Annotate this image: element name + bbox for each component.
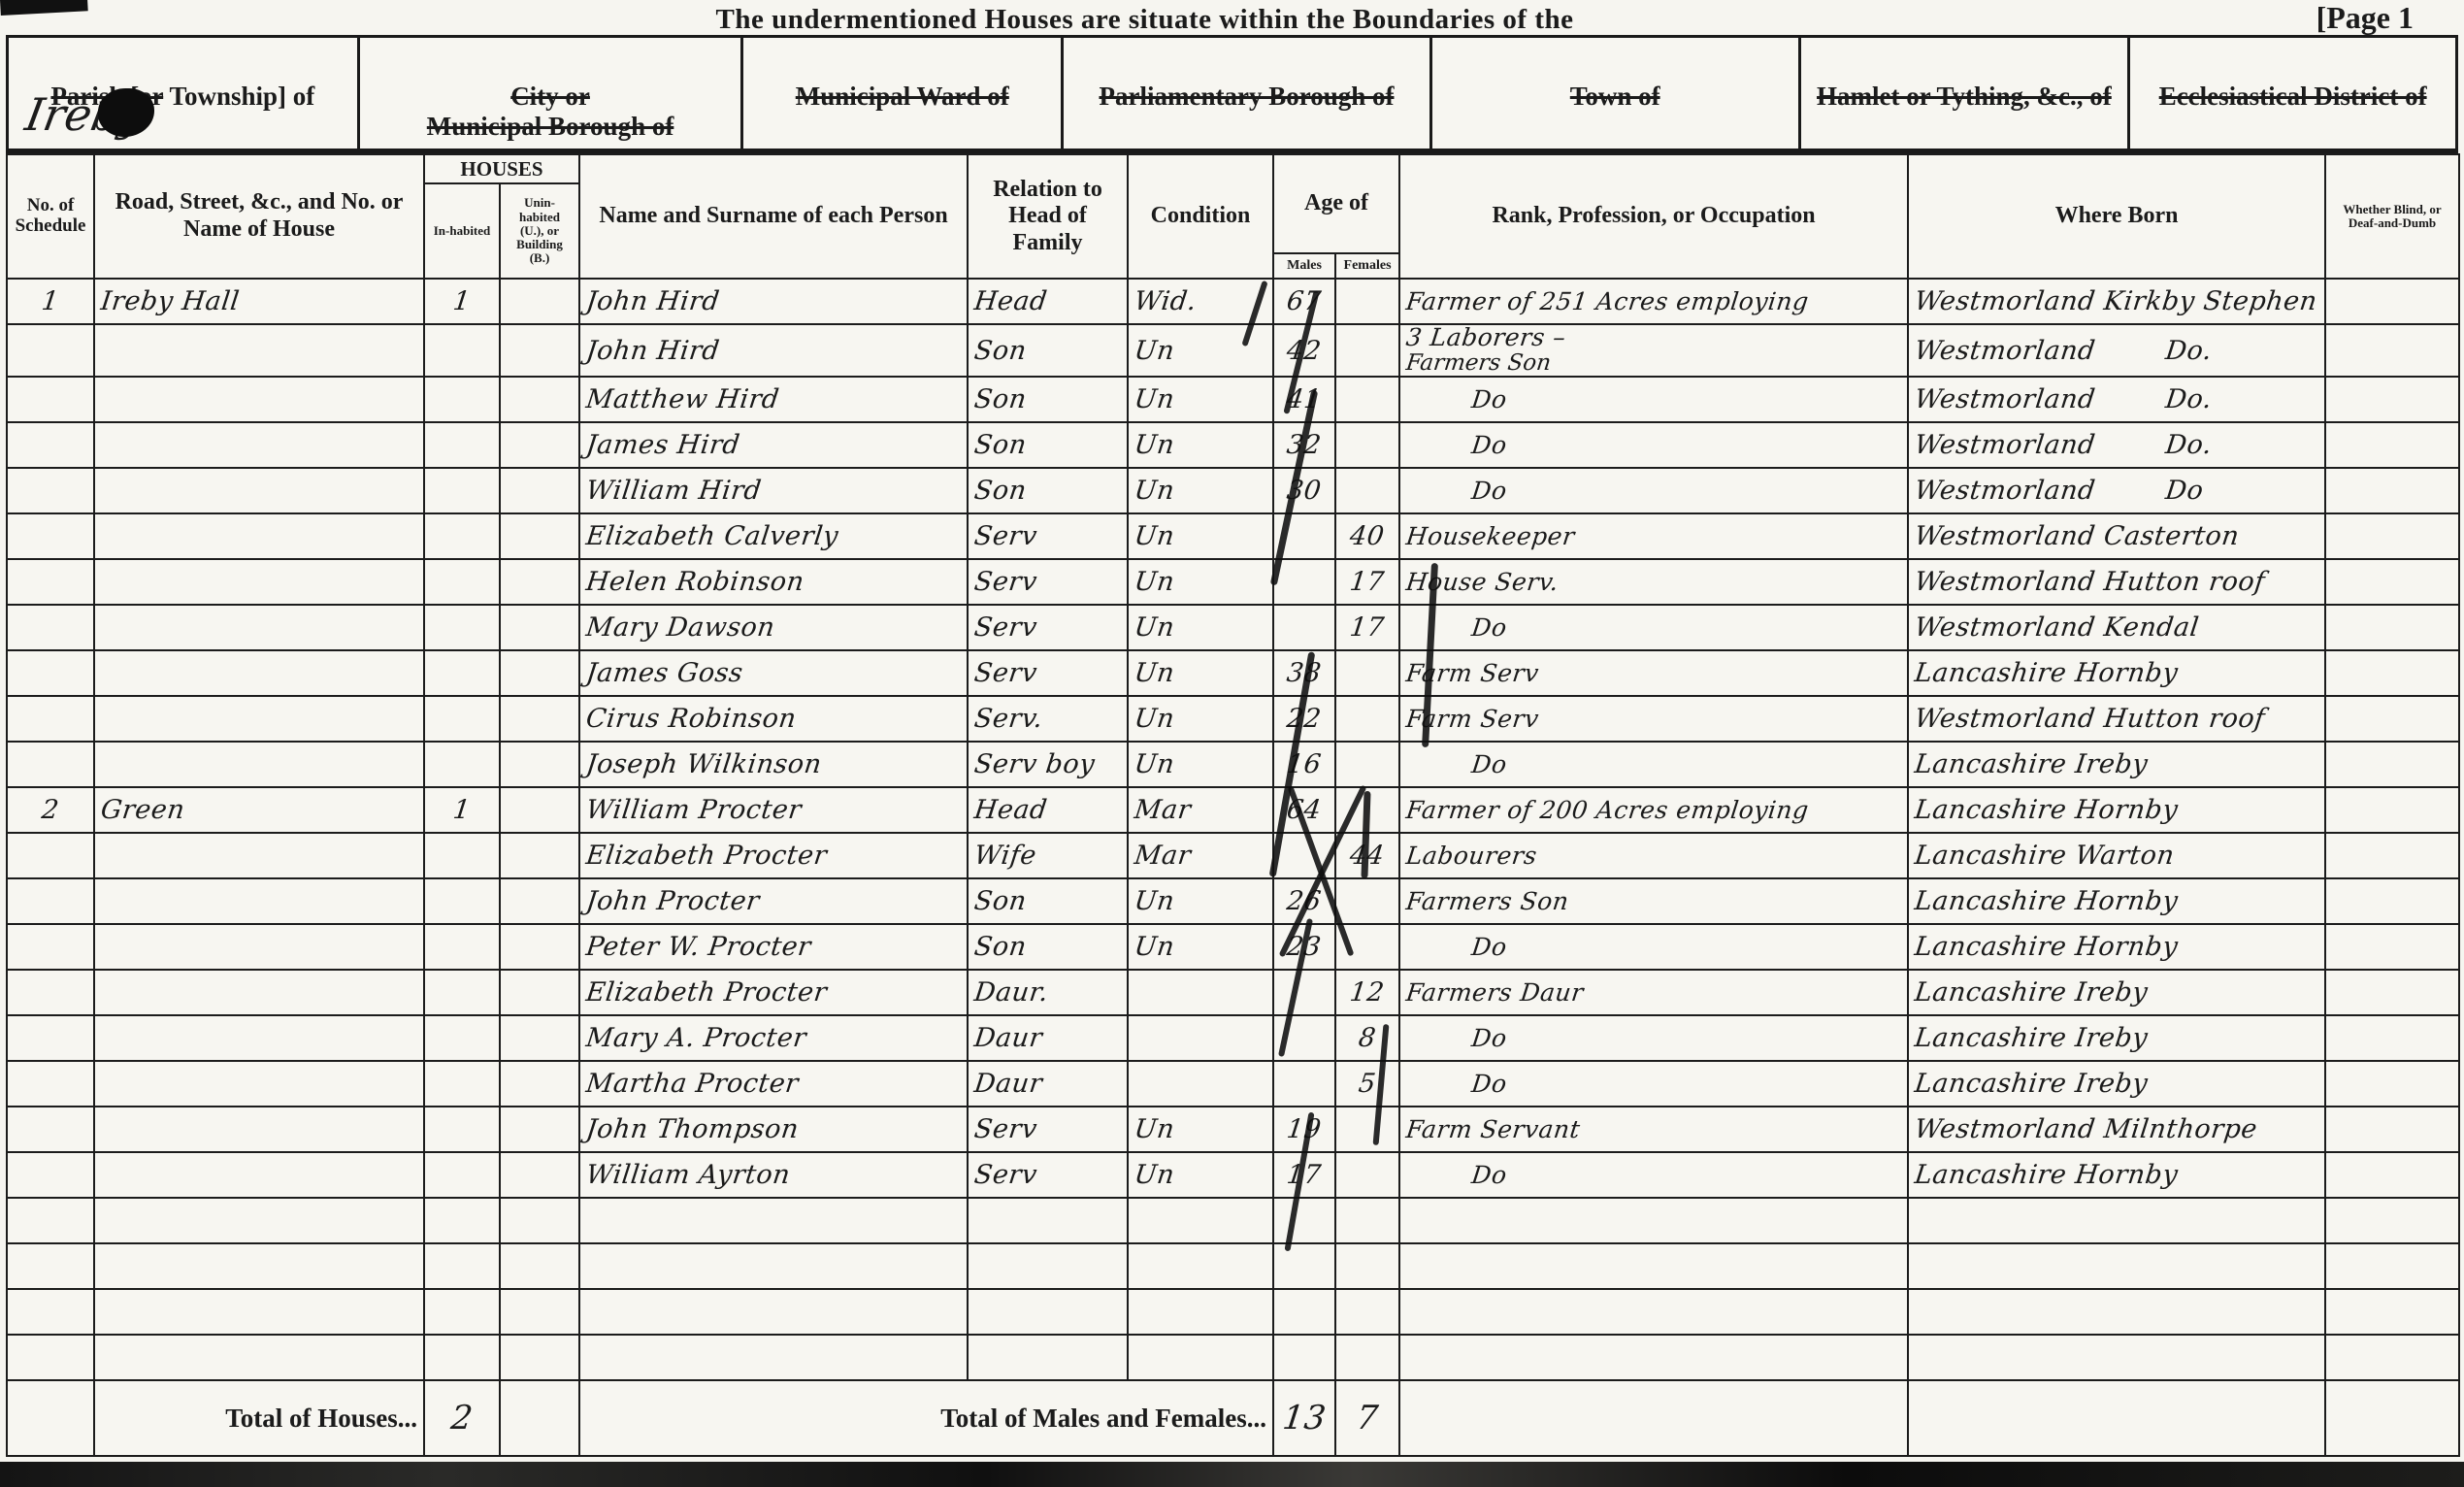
cell-uninhabited xyxy=(500,1061,579,1107)
empty-row xyxy=(7,1335,2459,1380)
cell-uninhabited xyxy=(500,787,579,833)
totals-blank-schedule xyxy=(7,1380,94,1456)
cell-born: Westmorland Do. xyxy=(1908,324,2325,377)
cell-house xyxy=(94,878,424,924)
cell-condition: Mar xyxy=(1128,787,1273,833)
cell-uninhabited xyxy=(500,696,579,742)
cell-condition: Un xyxy=(1128,559,1273,605)
cell-occupation: Do xyxy=(1399,377,1908,422)
cell-blind xyxy=(2325,513,2459,559)
cell-relation: Serv xyxy=(968,605,1128,650)
col-header-name: Name and Surname of each Person xyxy=(579,154,968,279)
empty-cell xyxy=(7,1198,94,1243)
cell-relation: Head xyxy=(968,279,1128,324)
cell-age-female xyxy=(1335,1107,1399,1152)
cell-house xyxy=(94,1107,424,1152)
empty-cell xyxy=(7,1289,94,1335)
cell-uninhabited xyxy=(500,1107,579,1152)
empty-cell xyxy=(7,1243,94,1289)
cell-relation: Serv xyxy=(968,559,1128,605)
cell-house xyxy=(94,377,424,422)
empty-cell xyxy=(500,1335,579,1380)
ink-blot xyxy=(98,88,154,137)
cell-born: Westmorland Hutton roof xyxy=(1908,696,2325,742)
cell-age-male: 41 xyxy=(1273,377,1335,422)
cell-born: Lancashire Hornby xyxy=(1908,787,2325,833)
empty-cell xyxy=(2325,1335,2459,1380)
cell-occupation: Farmers Daur xyxy=(1399,970,1908,1015)
cell-age-female xyxy=(1335,650,1399,696)
cell-born: Westmorland Kendal xyxy=(1908,605,2325,650)
boundary-city-borough: City or Municipal Borough of xyxy=(360,38,744,149)
cell-occupation: Do xyxy=(1399,605,1908,650)
cell-house xyxy=(94,324,424,377)
cell-born: Lancashire Hornby xyxy=(1908,1152,2325,1198)
cell-uninhabited xyxy=(500,878,579,924)
col-header-schedule: No. of Schedule xyxy=(7,154,94,279)
census-row: John Thompson Serv Un 19 Farm Servant We… xyxy=(7,1107,2459,1152)
census-rows: 1 Ireby Hall 1 John Hird Head Wid. 67 Fa… xyxy=(7,279,2459,1380)
cell-inhabited xyxy=(424,924,500,970)
cell-blind xyxy=(2325,279,2459,324)
cell-occupation: House Serv. xyxy=(1399,559,1908,605)
cell-schedule xyxy=(7,924,94,970)
col-header-age-group: Age of xyxy=(1273,154,1399,253)
cell-name: Elizabeth Procter xyxy=(579,833,968,878)
cell-occupation: Farm Serv xyxy=(1399,696,1908,742)
empty-cell xyxy=(500,1289,579,1335)
cell-name: Cirus Robinson xyxy=(579,696,968,742)
empty-cell xyxy=(1908,1289,2325,1335)
cell-condition: Un xyxy=(1128,696,1273,742)
cell-blind xyxy=(2325,787,2459,833)
cell-relation: Wife xyxy=(968,833,1128,878)
cell-uninhabited xyxy=(500,970,579,1015)
cell-inhabited xyxy=(424,1015,500,1061)
census-row: Martha Procter Daur 5 Do Lancashire Ireb… xyxy=(7,1061,2459,1107)
census-row: Joseph Wilkinson Serv boy Un 16 Do Lanca… xyxy=(7,742,2459,787)
cell-age-female xyxy=(1335,279,1399,324)
cell-blind xyxy=(2325,696,2459,742)
census-row: 1 Ireby Hall 1 John Hird Head Wid. 67 Fa… xyxy=(7,279,2459,324)
cell-house: Ireby Hall xyxy=(94,279,424,324)
cell-occupation: Farmers Son xyxy=(1399,878,1908,924)
cell-born: Westmorland Milnthorpe xyxy=(1908,1107,2325,1152)
cell-name: Mary A. Procter xyxy=(579,1015,968,1061)
empty-cell xyxy=(1128,1198,1273,1243)
cell-inhabited xyxy=(424,605,500,650)
cell-occupation: Do xyxy=(1399,742,1908,787)
col-header-houses-group: HOUSES xyxy=(424,154,579,183)
census-row: 2 Green 1 William Procter Head Mar 64 Fa… xyxy=(7,787,2459,833)
cell-blind xyxy=(2325,1107,2459,1152)
total-males-females-label: Total of Males and Females... xyxy=(579,1380,1273,1456)
cell-occupation: Farmer of 200 Acres employing xyxy=(1399,787,1908,833)
empty-cell xyxy=(2325,1198,2459,1243)
census-page: The undermentioned Houses are situate wi… xyxy=(0,0,2464,1487)
total-houses-label: Total of Houses... xyxy=(94,1380,424,1456)
cell-blind xyxy=(2325,1061,2459,1107)
cell-condition: Un xyxy=(1128,650,1273,696)
cell-condition: Un xyxy=(1128,742,1273,787)
empty-cell xyxy=(500,1243,579,1289)
boundary-eccl-struck: Ecclesiastical District of xyxy=(2159,82,2427,111)
cell-inhabited xyxy=(424,513,500,559)
cell-relation: Daur. xyxy=(968,970,1128,1015)
cell-blind xyxy=(2325,377,2459,422)
cell-born: Westmorland Do. xyxy=(1908,422,2325,468)
cell-schedule xyxy=(7,422,94,468)
cell-relation: Daur xyxy=(968,1061,1128,1107)
col-header-occupation: Rank, Profession, or Occupation xyxy=(1399,154,1908,279)
census-row: Elizabeth Procter Daur. 12 Farmers Daur … xyxy=(7,970,2459,1015)
cell-inhabited xyxy=(424,324,500,377)
cell-uninhabited xyxy=(500,650,579,696)
empty-cell xyxy=(1908,1335,2325,1380)
cell-blind xyxy=(2325,924,2459,970)
boundary-municipal-ward: Municipal Ward of xyxy=(743,38,1064,149)
census-row: Cirus Robinson Serv. Un 22 Farm Serv Wes… xyxy=(7,696,2459,742)
cell-relation: Son xyxy=(968,878,1128,924)
empty-cell xyxy=(2325,1243,2459,1289)
cell-relation: Serv xyxy=(968,513,1128,559)
census-row: James Goss Serv Un 38 Farm Serv Lancashi… xyxy=(7,650,2459,696)
cell-born: Lancashire Ireby xyxy=(1908,742,2325,787)
empty-cell xyxy=(579,1198,968,1243)
cell-house xyxy=(94,1152,424,1198)
census-row: Mary A. Procter Daur 8 Do Lancashire Ire… xyxy=(7,1015,2459,1061)
empty-cell xyxy=(424,1243,500,1289)
empty-cell xyxy=(579,1335,968,1380)
cell-relation: Son xyxy=(968,924,1128,970)
empty-cell xyxy=(1335,1243,1399,1289)
cell-relation: Serv. xyxy=(968,696,1128,742)
cell-condition: Un xyxy=(1128,1107,1273,1152)
census-row: Helen Robinson Serv Un 17 House Serv. We… xyxy=(7,559,2459,605)
cell-occupation: Do xyxy=(1399,1152,1908,1198)
cell-schedule xyxy=(7,833,94,878)
cell-age-male xyxy=(1273,1061,1335,1107)
cell-inhabited xyxy=(424,742,500,787)
scan-bottom-edge xyxy=(0,1462,2464,1487)
cell-schedule: 2 xyxy=(7,787,94,833)
empty-cell xyxy=(968,1198,1128,1243)
census-row: John Procter Son Un 26 Farmers Son Lanca… xyxy=(7,878,2459,924)
cell-age-female xyxy=(1335,422,1399,468)
cell-schedule xyxy=(7,878,94,924)
cell-born: Lancashire Hornby xyxy=(1908,924,2325,970)
cell-uninhabited xyxy=(500,924,579,970)
cell-name: John Hird xyxy=(579,279,968,324)
cell-uninhabited xyxy=(500,513,579,559)
cell-house xyxy=(94,696,424,742)
census-row: Elizabeth Procter Wife Mar 44 Labourers … xyxy=(7,833,2459,878)
cell-condition: Un xyxy=(1128,1152,1273,1198)
census-row: Elizabeth Calverly Serv Un 40 Housekeepe… xyxy=(7,513,2459,559)
cell-uninhabited xyxy=(500,324,579,377)
cell-name: John Hird xyxy=(579,324,968,377)
totals-blank-born xyxy=(1908,1380,2325,1456)
cell-name: Joseph Wilkinson xyxy=(579,742,968,787)
cell-blind xyxy=(2325,422,2459,468)
empty-cell xyxy=(968,1335,1128,1380)
cell-occupation: Farmer of 251 Acres employing xyxy=(1399,279,1908,324)
cell-name: James Hird xyxy=(579,422,968,468)
cell-born: Lancashire Ireby xyxy=(1908,1015,2325,1061)
cell-schedule xyxy=(7,1015,94,1061)
empty-cell xyxy=(94,1243,424,1289)
cell-condition: Un xyxy=(1128,468,1273,513)
cell-relation: Head xyxy=(968,787,1128,833)
cell-relation: Serv xyxy=(968,650,1128,696)
col-header-born: Where Born xyxy=(1908,154,2325,279)
cell-age-female xyxy=(1335,1152,1399,1198)
empty-cell xyxy=(579,1289,968,1335)
cell-age-female: 40 xyxy=(1335,513,1399,559)
cell-blind xyxy=(2325,1152,2459,1198)
cell-name: Elizabeth Calverly xyxy=(579,513,968,559)
cell-age-female xyxy=(1335,696,1399,742)
empty-cell xyxy=(968,1289,1128,1335)
empty-cell xyxy=(1273,1243,1335,1289)
cell-name: Helen Robinson xyxy=(579,559,968,605)
empty-cell xyxy=(1128,1335,1273,1380)
cell-condition xyxy=(1128,1061,1273,1107)
empty-row xyxy=(7,1289,2459,1335)
census-row: John Hird Son Un 42 3 Laborers –Farmers … xyxy=(7,324,2459,377)
cell-schedule xyxy=(7,377,94,422)
boundary-parl-struck: Parliamentary Borough of xyxy=(1100,82,1395,111)
census-row: Peter W. Procter Son Un 23 Do Lancashire… xyxy=(7,924,2459,970)
empty-row xyxy=(7,1198,2459,1243)
cell-name: Peter W. Procter xyxy=(579,924,968,970)
cell-age-male xyxy=(1273,970,1335,1015)
empty-row xyxy=(7,1243,2459,1289)
cell-inhabited xyxy=(424,696,500,742)
cell-schedule xyxy=(7,650,94,696)
empty-cell xyxy=(1335,1335,1399,1380)
table-header: No. of Schedule Road, Street, &c., and N… xyxy=(7,154,2459,279)
cell-schedule xyxy=(7,696,94,742)
cell-relation: Daur xyxy=(968,1015,1128,1061)
cell-schedule xyxy=(7,1152,94,1198)
cell-relation: Son xyxy=(968,422,1128,468)
boundary-town-struck: Town of xyxy=(1570,82,1660,111)
cell-house xyxy=(94,559,424,605)
empty-cell xyxy=(1399,1198,1908,1243)
cell-blind xyxy=(2325,970,2459,1015)
cell-inhabited xyxy=(424,878,500,924)
cell-relation: Son xyxy=(968,377,1128,422)
empty-cell xyxy=(1335,1289,1399,1335)
census-row: Matthew Hird Son Un 41 Do Westmorland Do… xyxy=(7,377,2459,422)
cell-occupation: Do xyxy=(1399,468,1908,513)
cell-blind xyxy=(2325,833,2459,878)
cell-occupation: Do xyxy=(1399,1015,1908,1061)
cell-born: Westmorland Casterton xyxy=(1908,513,2325,559)
cell-inhabited xyxy=(424,468,500,513)
cell-schedule xyxy=(7,513,94,559)
cell-uninhabited xyxy=(500,377,579,422)
cell-blind xyxy=(2325,468,2459,513)
totals-blank-occupation xyxy=(1399,1380,1908,1456)
page-number: [Page 1 xyxy=(2316,0,2414,36)
census-table: No. of Schedule Road, Street, &c., and N… xyxy=(6,153,2460,1457)
cell-name: Matthew Hird xyxy=(579,377,968,422)
cell-condition: Un xyxy=(1128,924,1273,970)
cell-inhabited xyxy=(424,422,500,468)
cell-condition: Un xyxy=(1128,513,1273,559)
empty-cell xyxy=(1273,1289,1335,1335)
cell-schedule xyxy=(7,468,94,513)
cell-schedule xyxy=(7,1107,94,1152)
cell-born: Westmorland Kirkby Stephen xyxy=(1908,279,2325,324)
cell-relation: Serv boy xyxy=(968,742,1128,787)
empty-cell xyxy=(424,1335,500,1380)
cell-blind xyxy=(2325,559,2459,605)
cell-age-female xyxy=(1335,742,1399,787)
census-row: William Ayrton Serv Un 17 Do Lancashire … xyxy=(7,1152,2459,1198)
empty-cell xyxy=(1908,1198,2325,1243)
empty-cell xyxy=(1128,1289,1273,1335)
cell-inhabited xyxy=(424,970,500,1015)
total-males-value: 13 xyxy=(1273,1380,1335,1456)
cell-condition xyxy=(1128,1015,1273,1061)
cell-age-male xyxy=(1273,559,1335,605)
cell-occupation: Labourers xyxy=(1399,833,1908,878)
cell-born: Lancashire Ireby xyxy=(1908,1061,2325,1107)
cell-schedule xyxy=(7,324,94,377)
boundary-header-row: Parish [or Township] of Ireby City or Mu… xyxy=(6,35,2458,153)
cell-house xyxy=(94,1015,424,1061)
cell-inhabited: 1 xyxy=(424,279,500,324)
cell-name: William Procter xyxy=(579,787,968,833)
empty-cell xyxy=(1128,1243,1273,1289)
empty-cell xyxy=(1399,1289,1908,1335)
cell-house xyxy=(94,742,424,787)
cell-age-male: 67 xyxy=(1273,279,1335,324)
empty-cell xyxy=(94,1289,424,1335)
cell-name: William Hird xyxy=(579,468,968,513)
cell-born: Lancashire Ireby xyxy=(1908,970,2325,1015)
cell-schedule xyxy=(7,1061,94,1107)
col-header-condition: Condition xyxy=(1128,154,1273,279)
cell-condition: Un xyxy=(1128,605,1273,650)
cell-occupation: Farm Servant xyxy=(1399,1107,1908,1152)
cell-age-female: 8 xyxy=(1335,1015,1399,1061)
page-title: The undermentioned Houses are situate wi… xyxy=(0,4,2289,36)
cell-relation: Son xyxy=(968,324,1128,377)
empty-cell xyxy=(424,1198,500,1243)
cell-condition: Un xyxy=(1128,377,1273,422)
cell-house xyxy=(94,833,424,878)
boundary-town: Town of xyxy=(1432,38,1801,149)
cell-born: Lancashire Hornby xyxy=(1908,650,2325,696)
cell-inhabited xyxy=(424,1107,500,1152)
cell-uninhabited xyxy=(500,1152,579,1198)
cell-born: Westmorland Do. xyxy=(1908,377,2325,422)
col-header-males: Males xyxy=(1273,253,1335,279)
empty-cell xyxy=(1399,1243,1908,1289)
cell-condition xyxy=(1128,970,1273,1015)
cell-inhabited xyxy=(424,833,500,878)
cell-house xyxy=(94,650,424,696)
empty-cell xyxy=(1399,1335,1908,1380)
cell-age-female xyxy=(1335,468,1399,513)
cell-uninhabited xyxy=(500,559,579,605)
cell-house xyxy=(94,924,424,970)
cell-uninhabited xyxy=(500,605,579,650)
cell-inhabited xyxy=(424,559,500,605)
cell-schedule xyxy=(7,559,94,605)
empty-cell xyxy=(1335,1198,1399,1243)
census-row: William Hird Son Un 30 Do Westmorland Do xyxy=(7,468,2459,513)
empty-cell xyxy=(1273,1335,1335,1380)
cell-condition: Un xyxy=(1128,422,1273,468)
cell-condition: Un xyxy=(1128,878,1273,924)
cell-house xyxy=(94,1061,424,1107)
cell-age-female xyxy=(1335,324,1399,377)
col-header-blind: Whether Blind, or Deaf-and-Dumb xyxy=(2325,154,2459,279)
cell-relation: Son xyxy=(968,468,1128,513)
empty-cell xyxy=(500,1198,579,1243)
boundary-parish-plain: Township] of xyxy=(163,82,314,111)
cell-uninhabited xyxy=(500,279,579,324)
cell-inhabited xyxy=(424,377,500,422)
cell-uninhabited xyxy=(500,468,579,513)
cell-name: John Thompson xyxy=(579,1107,968,1152)
cell-age-female xyxy=(1335,878,1399,924)
cell-house xyxy=(94,468,424,513)
empty-cell xyxy=(7,1335,94,1380)
cell-schedule xyxy=(7,970,94,1015)
totals-blank-blind xyxy=(2325,1380,2459,1456)
cell-relation: Serv xyxy=(968,1107,1128,1152)
census-row: Mary Dawson Serv Un 17 Do Westmorland Ke… xyxy=(7,605,2459,650)
cell-uninhabited xyxy=(500,833,579,878)
totals-blank-uninhabited xyxy=(500,1380,579,1456)
cell-blind xyxy=(2325,1015,2459,1061)
cell-blind xyxy=(2325,650,2459,696)
census-row: James Hird Son Un 32 Do Westmorland Do. xyxy=(7,422,2459,468)
cell-occupation: Do xyxy=(1399,422,1908,468)
cell-age-female xyxy=(1335,377,1399,422)
cell-age-female: 12 xyxy=(1335,970,1399,1015)
col-header-females: Females xyxy=(1335,253,1399,279)
cell-name: James Goss xyxy=(579,650,968,696)
cell-uninhabited xyxy=(500,742,579,787)
col-header-relation: Relation to Head of Family xyxy=(968,154,1128,279)
boundary-parish: Parish [or Township] of Ireby xyxy=(9,38,360,149)
cell-occupation: Farm Serv xyxy=(1399,650,1908,696)
cell-blind xyxy=(2325,878,2459,924)
cell-blind xyxy=(2325,324,2459,377)
empty-cell xyxy=(1273,1198,1335,1243)
cell-uninhabited xyxy=(500,1015,579,1061)
empty-cell xyxy=(424,1289,500,1335)
empty-cell xyxy=(2325,1289,2459,1335)
cell-age-female: 5 xyxy=(1335,1061,1399,1107)
cell-age-male: 30 xyxy=(1273,468,1335,513)
cell-name: William Ayrton xyxy=(579,1152,968,1198)
cell-blind xyxy=(2325,605,2459,650)
cell-name: Mary Dawson xyxy=(579,605,968,650)
cell-name: Martha Procter xyxy=(579,1061,968,1107)
total-females-value: 7 xyxy=(1335,1380,1399,1456)
boundary-hamlet: Hamlet or Tything, &c., of xyxy=(1801,38,2131,149)
cell-house xyxy=(94,970,424,1015)
cell-occupation: Do xyxy=(1399,924,1908,970)
